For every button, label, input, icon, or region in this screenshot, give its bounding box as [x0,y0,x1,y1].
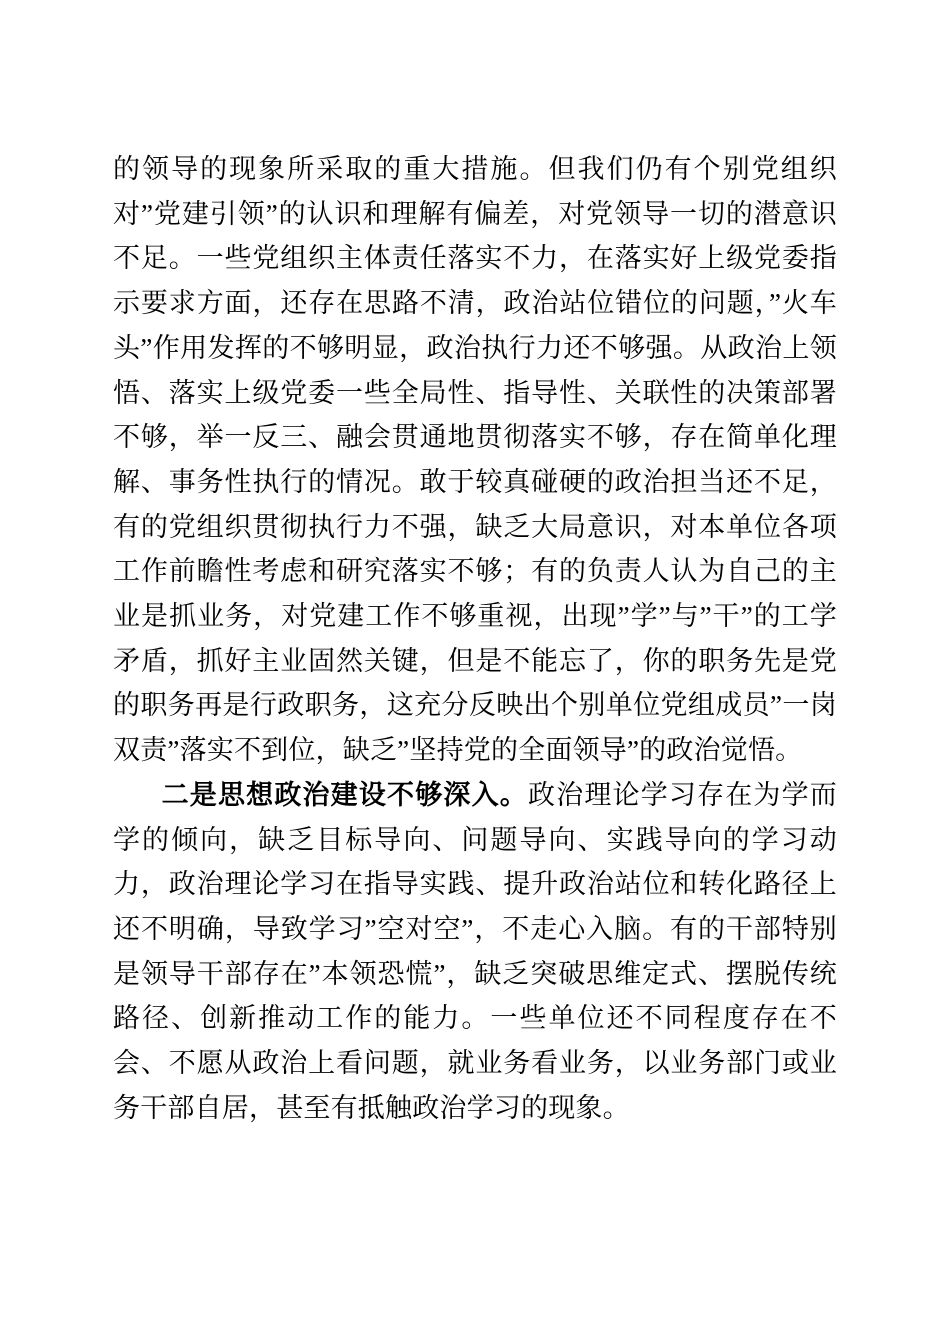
text-run: 的领导的现象所采取的重大措施。但我们仍有个别党组织对”党建引领”的认识和理解有偏… [113,154,837,765]
document-body: 的领导的现象所采取的重大措施。但我们仍有个别党组织对”党建引领”的认识和理解有偏… [113,147,837,1130]
paragraph-party-leadership-issues: 的领导的现象所采取的重大措施。但我们仍有个别党组织对”党建引领”的认识和理解有偏… [113,147,837,773]
paragraph-ideological-political-construction: 二是思想政治建设不够深入。政治理论学习存在为学而学的倾向，缺乏目标导向、问题导向… [113,773,837,1131]
text-run: 政治理论学习存在为学而学的倾向，缺乏目标导向、问题导向、实践导向的学习动力，政治… [113,780,837,1123]
document-page: 的领导的现象所采取的重大措施。但我们仍有个别党组织对”党建引领”的认识和理解有偏… [0,0,950,1344]
bold-text-run: 二是思想政治建设不够深入。 [162,780,528,810]
